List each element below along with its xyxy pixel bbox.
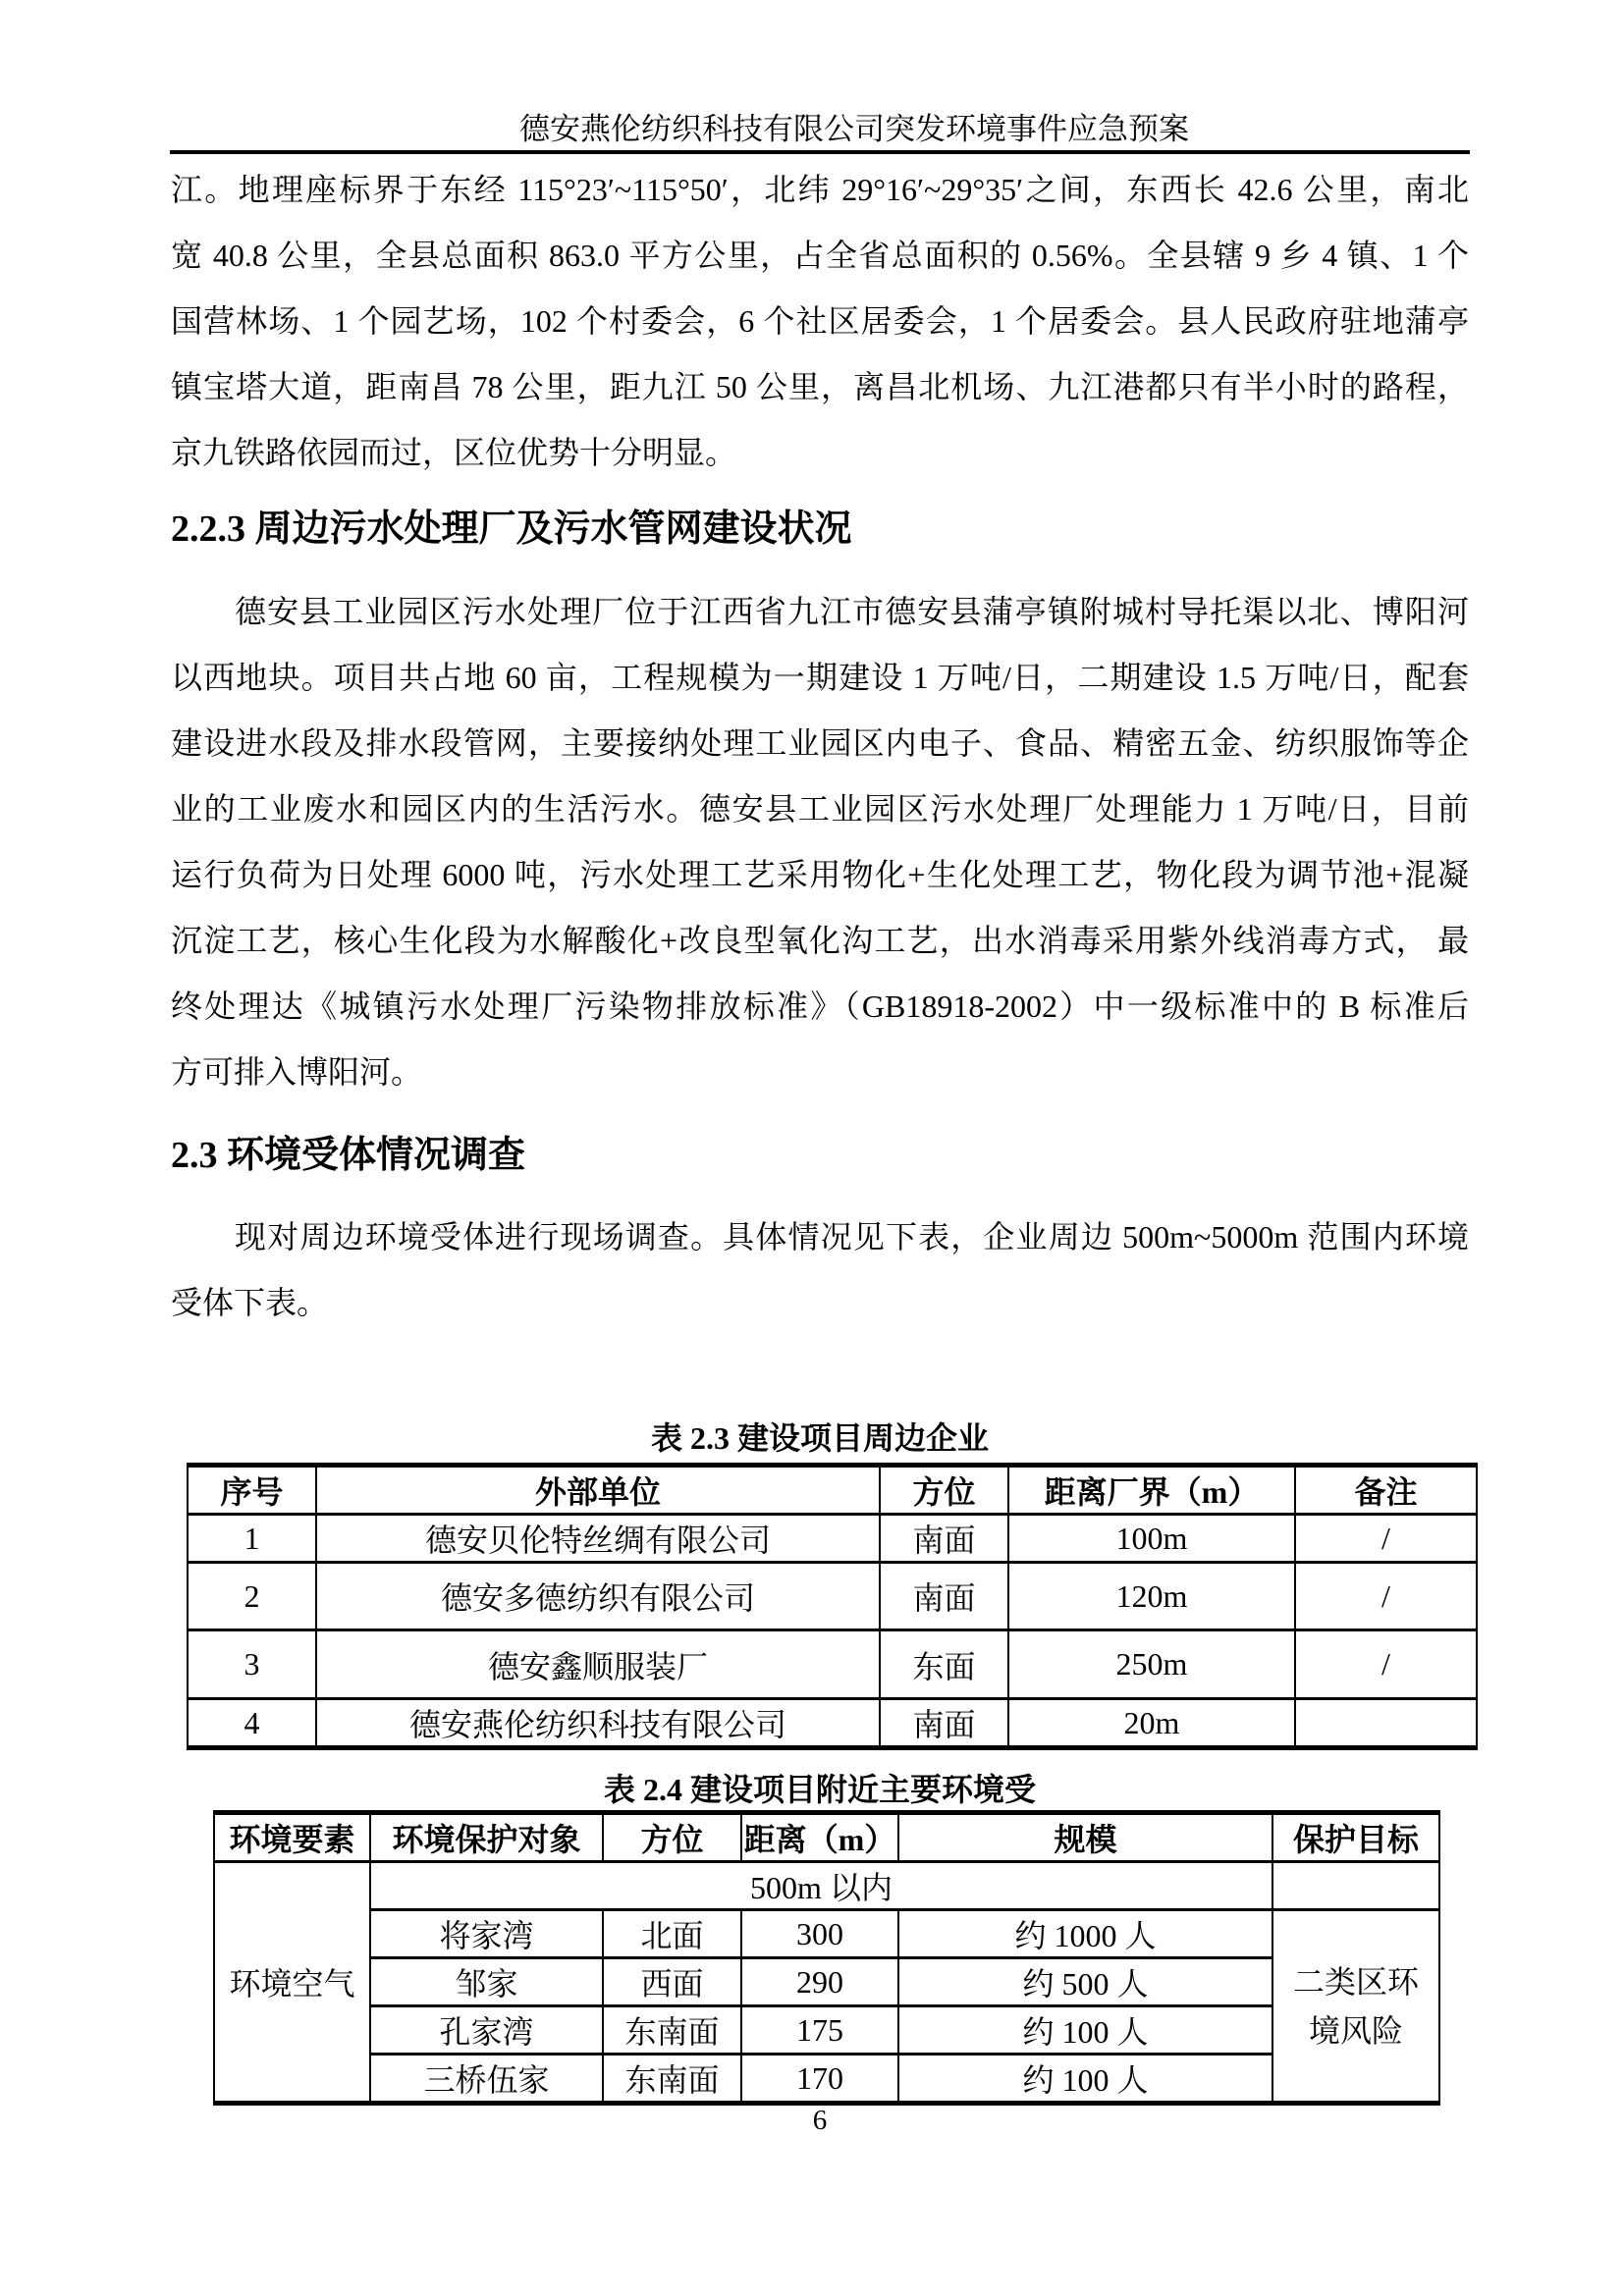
table-header-cell: 方位 [603, 1813, 741, 1862]
table-cell: 250m [1008, 1630, 1295, 1699]
table-cell: 4 [188, 1699, 316, 1748]
page-number: 6 [171, 2101, 1469, 2140]
table-cell-environment-element: 环境空气 [214, 1862, 370, 2104]
table-row: 1 德安贝伦特丝绸有限公司 南面 100m / [188, 1515, 1477, 1563]
text-line: 终处理达《城镇污水处理厂污染物排放标准》（GB18918-2002）中一级标准中… [171, 974, 1469, 1040]
text-line: 江。地理座标界于东经 115°23′~115°50′，北纬 29°16′~29°… [171, 157, 1469, 223]
table-cell-range: 500m 以内 [370, 1862, 1272, 1910]
table-header-row: 序号 外部单位 方位 距离厂界（m） 备注 [188, 1466, 1477, 1515]
table-header-row: 环境要素 环境保护对象 方位 距离（m） 规模 保护目标 [214, 1813, 1439, 1862]
table-cell: 邹家 [370, 1958, 603, 2006]
text-line: 国营林场、1 个园艺场，102 个村委会，6 个社区居委会，1 个居委会。县人民… [171, 289, 1469, 354]
table-header-cell: 保护目标 [1272, 1813, 1439, 1862]
text-line: 京九铁路依园而过，区位优势十分明显。 [171, 420, 1469, 486]
header-rule [170, 150, 1470, 154]
table-cell: 西面 [603, 1958, 741, 2006]
table-cell: 300 [741, 1910, 898, 1958]
paragraph-receptor-survey: 现对周边环境受体进行现场调查。具体情况见下表，企业周边 500m~5000m 范… [171, 1204, 1469, 1336]
text-line: 宽 40.8 公里，全县总面积 863.0 平方公里，占全省总面积的 0.56%… [171, 223, 1469, 289]
table-cell-protection-target: 二类区环境风险 [1272, 1910, 1439, 2104]
table-cell: 东面 [880, 1630, 1008, 1699]
table-cell: 将家湾 [370, 1910, 603, 1958]
table-cell: 1 [188, 1515, 316, 1563]
table-cell: 东南面 [603, 2055, 741, 2104]
table-row: 三桥伍家 东南面 170 约 100 人 [214, 2055, 1439, 2104]
table-header-cell: 距离（m） [741, 1813, 898, 1862]
table-cell: 孔家湾 [370, 2006, 603, 2055]
table-row: 将家湾 北面 300 约 1000 人 二类区环境风险 [214, 1910, 1439, 1958]
table-row: 孔家湾 东南面 175 约 100 人 [214, 2006, 1439, 2055]
text-line: 受体下表。 [171, 1270, 1469, 1336]
paragraph-geography: 江。地理座标界于东经 115°23′~115°50′，北纬 29°16′~29°… [171, 157, 1469, 486]
table-cell: 德安燕伦纺织科技有限公司 [316, 1699, 880, 1748]
table-header-cell: 方位 [880, 1466, 1008, 1515]
table-environment-receptors: 环境要素 环境保护对象 方位 距离（m） 规模 保护目标 环境空气 500m 以… [213, 1810, 1440, 2106]
table-cell: 3 [188, 1630, 316, 1699]
text-line: 以西地块。项目共占地 60 亩，工程规模为一期建设 1 万吨/日，二期建设 1.… [171, 645, 1469, 711]
table-cell-empty [1272, 1862, 1439, 1910]
table-cell: 德安鑫顺服装厂 [316, 1630, 880, 1699]
table-cell: 20m [1008, 1699, 1295, 1748]
table-header-cell: 备注 [1295, 1466, 1477, 1515]
table-header-cell: 距离厂界（m） [1008, 1466, 1295, 1515]
table-header-cell: 环境保护对象 [370, 1813, 603, 1862]
text-line: 运行负荷为日处理 6000 吨，污水处理工艺采用物化+生化处理工艺，物化段为调节… [171, 842, 1469, 908]
table-header-cell: 环境要素 [214, 1813, 370, 1862]
text-line: 业的工业废水和园区内的生活污水。德安县工业园区污水处理厂处理能力 1 万吨/日，… [171, 776, 1469, 842]
text-line: 沉淀工艺，核心生化段为水解酸化+改良型氧化沟工艺，出水消毒采用紫外线消毒方式， … [171, 908, 1469, 974]
table-cell: 约 1000 人 [898, 1910, 1272, 1958]
section-heading-2-2-3: 2.2.3 周边污水处理厂及污水管网建设状况 [171, 501, 1469, 558]
table-cell: 290 [741, 1958, 898, 2006]
table-cell: 德安贝伦特丝绸有限公司 [316, 1515, 880, 1563]
text-line: 建设进水段及排水段管网，主要接纳处理工业园区内电子、食品、精密五金、纺织服饰等企 [171, 711, 1469, 776]
table-row: 邹家 西面 290 约 500 人 [214, 1958, 1439, 2006]
table-cell: / [1295, 1630, 1477, 1699]
text-line: 方可排入博阳河。 [171, 1040, 1469, 1105]
table-cell: / [1295, 1515, 1477, 1563]
text-line: 现对周边环境受体进行现场调查。具体情况见下表，企业周边 500m~5000m 范… [171, 1204, 1469, 1270]
table-cell: 约 100 人 [898, 2006, 1272, 2055]
table-cell: 德安多德纺织有限公司 [316, 1563, 880, 1630]
table-row: 3 德安鑫顺服装厂 东面 250m / [188, 1630, 1477, 1699]
table-header-cell: 规模 [898, 1813, 1272, 1862]
table-header-cell: 序号 [188, 1466, 316, 1515]
text-line: 德安县工业园区污水处理厂位于江西省九江市德安县蒲亭镇附城村导托渠以北、博阳河 [171, 579, 1469, 645]
table-row: 环境空气 500m 以内 [214, 1862, 1439, 1910]
table-cell: 约 500 人 [898, 1958, 1272, 2006]
table-header-cell: 外部单位 [316, 1466, 880, 1515]
table-row: 2 德安多德纺织有限公司 南面 120m / [188, 1563, 1477, 1630]
table-cell: 三桥伍家 [370, 2055, 603, 2104]
section-heading-2-3: 2.3 环境受体情况调查 [171, 1127, 1469, 1184]
table-cell: 100m [1008, 1515, 1295, 1563]
table-row: 4 德安燕伦纺织科技有限公司 南面 20m [188, 1699, 1477, 1748]
table-2-3-title: 表 2.3 建设项目周边企业 [171, 1416, 1469, 1460]
table-cell: 2 [188, 1563, 316, 1630]
table-cell: 南面 [880, 1699, 1008, 1748]
table-cell: 北面 [603, 1910, 741, 1958]
text-line: 镇宝塔大道，距南昌 78 公里，距九江 50 公里，离昌北机场、九江港都只有半小… [171, 354, 1469, 420]
table-cell: 东南面 [603, 2006, 741, 2055]
table-cell: 175 [741, 2006, 898, 2055]
table-surrounding-enterprises: 序号 外部单位 方位 距离厂界（m） 备注 1 德安贝伦特丝绸有限公司 南面 1… [187, 1463, 1478, 1750]
table-cell: 南面 [880, 1515, 1008, 1563]
table-cell: 南面 [880, 1563, 1008, 1630]
table-cell: 170 [741, 2055, 898, 2104]
document-page: 德安燕伦纺织科技有限公司突发环境事件应急预案 江。地理座标界于东经 115°23… [0, 0, 1624, 2296]
table-cell: / [1295, 1563, 1477, 1630]
table-cell: 约 100 人 [898, 2055, 1272, 2104]
table-2-4-title: 表 2.4 建设项目附近主要环境受 [171, 1768, 1469, 1811]
table-cell: 120m [1008, 1563, 1295, 1630]
page-header-title: 德安燕伦纺织科技有限公司突发环境事件应急预案 [171, 108, 1469, 151]
table-cell [1295, 1699, 1477, 1748]
paragraph-wastewater-plant: 德安县工业园区污水处理厂位于江西省九江市德安县蒲亭镇附城村导托渠以北、博阳河 以… [171, 579, 1469, 1105]
